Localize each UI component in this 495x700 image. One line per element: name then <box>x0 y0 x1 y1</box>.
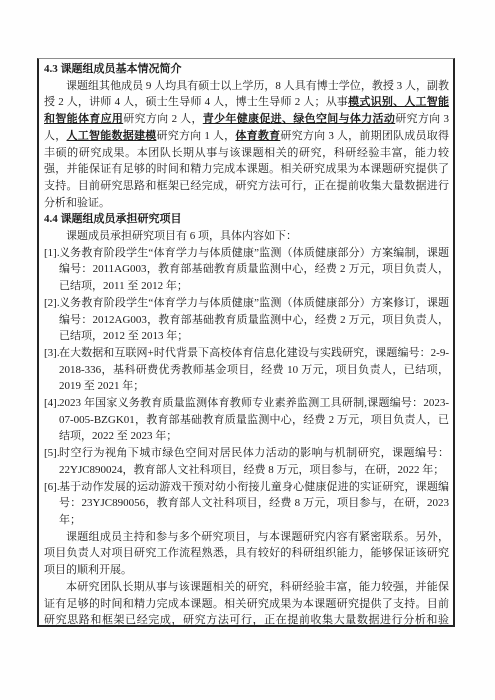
project-item: [1]. 义务教育阶段学生“体育学力与体质健康”监测（体质健康部分）方案编制，课… <box>44 245 449 295</box>
project-item-marker: [3]. <box>44 345 60 362</box>
project-item-marker: [4]. <box>44 395 60 412</box>
project-item-text: 基于动作发展的运动游戏干预对幼小衔接儿童身心健康促进的实证研究，课题编号：23Y… <box>59 481 449 526</box>
project-item-marker: [1]. <box>44 245 60 262</box>
project-item-text: 在大数据和互联网+时代背景下高校体育信息化建设与实践研究，课题编号：2-9-20… <box>59 347 449 392</box>
document-page: 4.3 课题组成员基本情况简介 课题组其他成员 9 人均具有硕士以上学历，8 人… <box>0 0 495 700</box>
project-item: [3]. 在大数据和互联网+时代背景下高校体育信息化建设与实践研究，课题编号：2… <box>44 345 449 395</box>
research-direction-highlight: 体育教育 <box>235 130 280 142</box>
project-item-marker: [2]. <box>44 295 60 312</box>
section-4-3-heading: 4.3 课题组成员基本情况简介 <box>44 61 449 78</box>
project-item: [5]. 时空行为视角下城市绿色空间对居民体力活动的影响与机制研究，课题编号：2… <box>44 445 449 478</box>
team-capability-paragraph: 本研究团队长期从事与该课题相关的研究，科研经验丰富，能力较强，并能保证有足够的时… <box>44 579 449 627</box>
intro-segment: 研究方向 1 人， <box>156 130 235 142</box>
project-item-text: 时空行为视角下城市绿色空间对居民体力活动的影响与机制研究，课题编号：22YJC8… <box>59 447 449 476</box>
project-item: [2]. 义务教育阶段学生“体育学力与体质健康”监测（体质健康部分）方案修订，课… <box>44 295 449 345</box>
form-cell: 4.3 课题组成员基本情况简介 课题组其他成员 9 人均具有硕士以上学历，8 人… <box>37 58 455 627</box>
project-item-text: 义务教育阶段学生“体育学力与体质健康”监测（体质健康部分）方案编制，课题编号：2… <box>59 247 449 292</box>
project-item: [4]. 2023 年国家义务教育质量监测体育教师专业素养监测工具研制,课题编号… <box>44 395 449 445</box>
projects-summary-paragraph: 课题组成员主持和参与多个研究项目，与本课题研究内容有紧密联系。另外，项目负责人对… <box>44 529 449 579</box>
projects-intro: 课题成员承担研究项目有 6 项，具体内容如下： <box>44 228 449 245</box>
members-intro-paragraph: 课题组其他成员 9 人均具有硕士以上学历，8 人具有博士学位，教授 3 人，副教… <box>44 78 449 212</box>
research-direction-highlight: 青少年健康促进、绿色空间与体力活动 <box>203 113 395 125</box>
project-item-text: 2023 年国家义务教育质量监测体育教师专业素养监测工具研制,课题编号：2023… <box>59 397 449 442</box>
intro-segment: 研究方向 2 人， <box>123 113 203 125</box>
research-direction-highlight: 人工智能数据建模 <box>67 130 157 142</box>
project-item-text: 义务教育阶段学生“体育学力与体质健康”监测（体质健康部分）方案修订，课题编号：2… <box>59 297 449 342</box>
section-4-4-heading: 4.4 课题组成员承担研究项目 <box>44 211 449 228</box>
project-item-marker: [5]. <box>44 445 60 462</box>
project-item: [6]. 基于动作发展的运动游戏干预对幼小衔接儿童身心健康促进的实证研究，课题编… <box>44 479 449 529</box>
project-item-marker: [6]. <box>44 479 60 496</box>
